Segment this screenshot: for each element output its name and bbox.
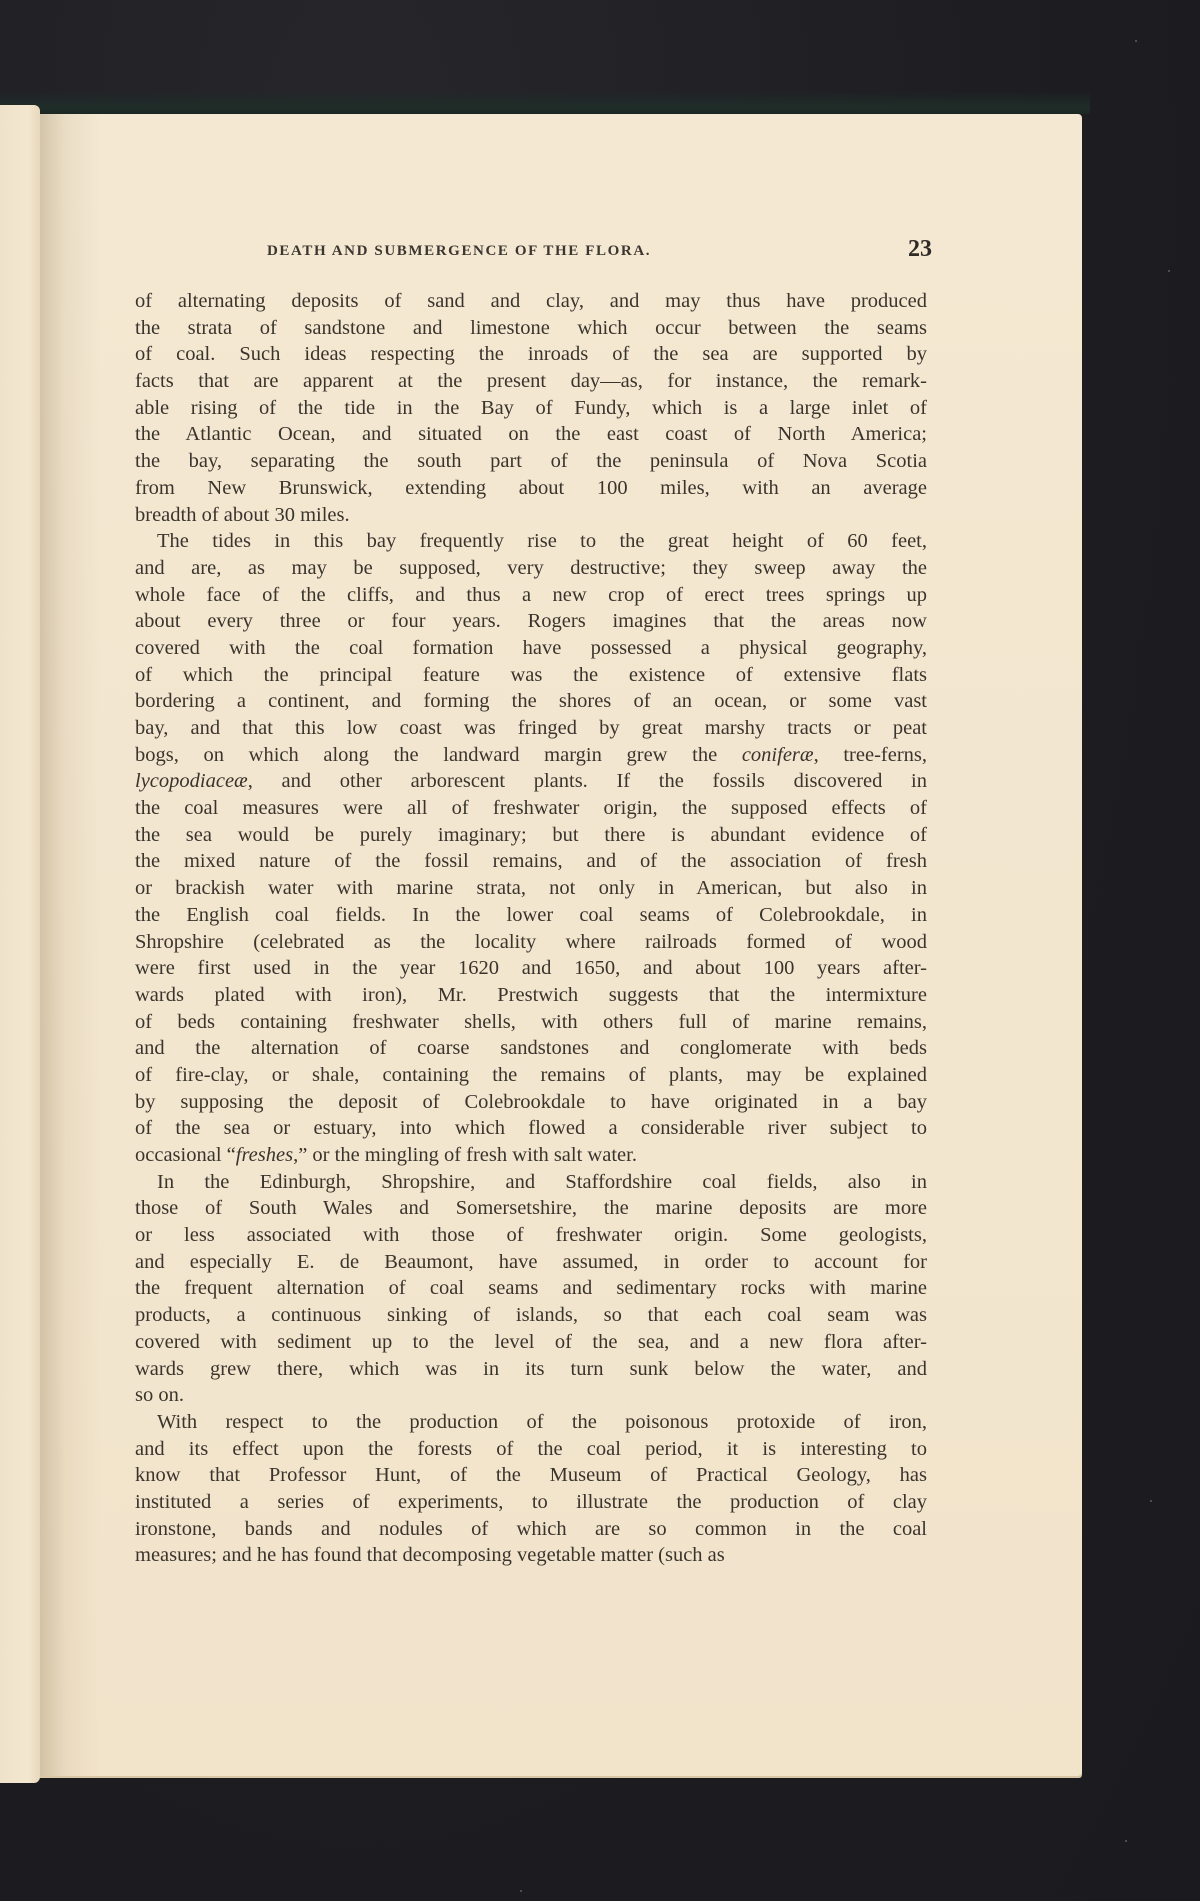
text-line: those of South Wales and Somersetshire, … [135,1195,927,1222]
text-line: wards grew there, which was in its turn … [135,1356,927,1383]
text-line: the frequent alternation of coal seams a… [135,1275,927,1302]
page-number: 23 [908,235,932,263]
book-binding-edge [0,92,1090,114]
text-line: The tides in this bay frequently rise to… [135,528,927,555]
text-line: were first used in the year 1620 and 165… [135,955,927,982]
text-line: products, a continuous sinking of island… [135,1302,927,1329]
text-line: or brackish water with marine strata, no… [135,875,927,902]
text-line: covered with sediment up to the level of… [135,1329,927,1356]
body-text: of alternating deposits of sand and clay… [135,288,927,1569]
text-line: or less associated with those of freshwa… [135,1222,927,1249]
text-line: bogs, on which along the landward margin… [135,742,927,769]
text-line: from New Brunswick, extending about 100 … [135,475,927,502]
text-line: the strata of sandstone and limestone wh… [135,315,927,342]
dust-speck [1125,1840,1127,1842]
text-line: and are, as may be supposed, very destru… [135,555,927,582]
text-line: the coal measures were all of freshwater… [135,795,927,822]
text-line: occasional “freshes,” or the mingling of… [135,1142,927,1169]
running-head: Death and Submergence of the Flora. [267,238,651,264]
text-line: of fire-clay, or shale, containing the r… [135,1062,927,1089]
text-line: breadth of about 30 miles. [135,502,927,529]
text-line: by supposing the deposit of Colebrookdal… [135,1089,927,1116]
text-line: bordering a continent, and forming the s… [135,688,927,715]
text-line: ironstone, bands and nodules of which ar… [135,1516,927,1543]
text-line: and its effect upon the forests of the c… [135,1436,927,1463]
text-line: covered with the coal formation have pos… [135,635,927,662]
text-line: With respect to the production of the po… [135,1409,927,1436]
text-line: know that Professor Hunt, of the Museum … [135,1462,927,1489]
text-line: measures; and he has found that decompos… [135,1542,927,1569]
text-line: the bay, separating the south part of th… [135,448,927,475]
text-line: whole face of the cliffs, and thus a new… [135,582,927,609]
previous-page-edge [0,105,40,1783]
text-line: bay, and that this low coast was fringed… [135,715,927,742]
text-line: of beds containing freshwater shells, wi… [135,1009,927,1036]
text-line: and the alternation of coarse sandstones… [135,1035,927,1062]
text-line: the mixed nature of the fossil remains, … [135,848,927,875]
paragraph: With respect to the production of the po… [135,1409,927,1569]
text-line: the English coal fields. In the lower co… [135,902,927,929]
paragraph: The tides in this bay frequently rise to… [135,528,927,1169]
dust-speck [1150,1500,1152,1502]
text-line: lycopodiaceæ, and other arborescent plan… [135,768,927,795]
text-line: of which the principal feature was the e… [135,662,927,689]
paragraph: of alternating deposits of sand and clay… [135,288,927,528]
paragraph: In the Edinburgh, Shropshire, and Staffo… [135,1169,927,1409]
text-line: wards plated with iron), Mr. Prestwich s… [135,982,927,1009]
text-line: and especially E. de Beaumont, have assu… [135,1249,927,1276]
text-line: able rising of the tide in the Bay of Fu… [135,395,927,422]
dust-speck [1135,40,1137,42]
text-line: instituted a series of experiments, to i… [135,1489,927,1516]
text-line: of alternating deposits of sand and clay… [135,288,927,315]
text-line: about every three or four years. Rogers … [135,608,927,635]
text-line: the Atlantic Ocean, and situated on the … [135,421,927,448]
text-line: of the sea or estuary, into which flowed… [135,1115,927,1142]
text-line: the sea would be purely imaginary; but t… [135,822,927,849]
text-line: so on. [135,1382,927,1409]
dust-speck [520,1890,522,1892]
text-line: of coal. Such ideas respecting the inroa… [135,341,927,368]
dust-speck [1168,270,1170,272]
text-line: Shropshire (celebrated as the locality w… [135,929,927,956]
page-header: Death and Submergence of the Flora. 23 [267,238,932,264]
text-line: facts that are apparent at the present d… [135,368,927,395]
text-line: In the Edinburgh, Shropshire, and Staffo… [135,1169,927,1196]
